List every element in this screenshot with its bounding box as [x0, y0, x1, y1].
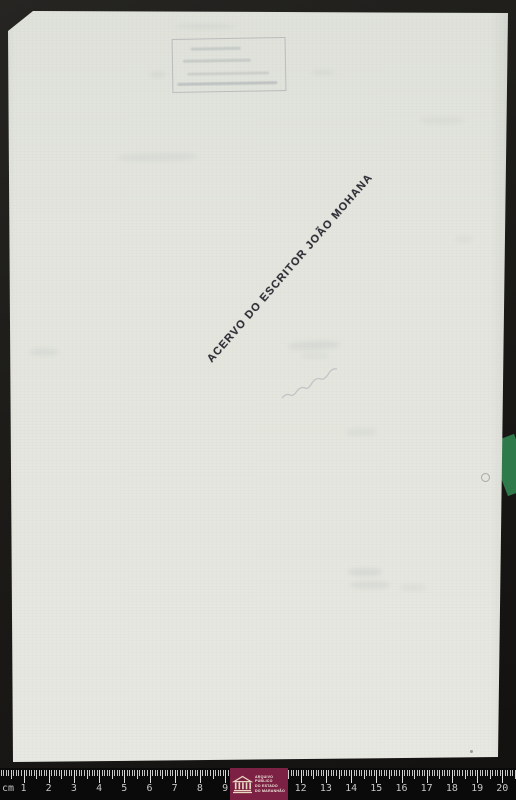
ruler-number: 17: [416, 783, 438, 794]
ruler-tick: [354, 770, 355, 776]
ruler-number: 19: [466, 783, 488, 794]
ruler-tick: [349, 770, 350, 776]
ruler-tick: [97, 770, 98, 776]
ruler-tick: [81, 770, 82, 776]
ruler-tick: [371, 770, 372, 776]
ruler-tick: [175, 770, 176, 783]
bleedthrough-smudge: [400, 584, 426, 591]
ruler-tick: [197, 770, 198, 776]
ruler: cm ARQUIVO PÚBLICO DO ESTADO DO MARANHÃO…: [0, 768, 516, 800]
bleedthrough-smudge: [350, 581, 390, 589]
ruler-number: 16: [391, 783, 413, 794]
ruler-tick: [139, 770, 140, 776]
archive-logo: ARQUIVO PÚBLICO DO ESTADO DO MARANHÃO: [230, 768, 288, 800]
ruler-tick: [29, 770, 30, 776]
ruler-tick: [369, 770, 370, 776]
scanned-document-photo: ACERVO DO ESCRITOR JOÃO MOHANA cm ARQUIV…: [0, 0, 516, 800]
pencil-annotation: [278, 362, 342, 404]
ruler-tick: [351, 770, 352, 783]
ruler-tick: [41, 770, 42, 776]
ruler-tick: [220, 770, 221, 776]
ruler-tick: [92, 770, 93, 776]
ruler-tick: [341, 770, 342, 776]
faint-dot-mark: [470, 750, 473, 753]
ruler-tick: [26, 770, 27, 776]
faint-stamp-text-line: [191, 47, 241, 51]
ruler-tick: [3, 770, 4, 776]
ruler-tick: [301, 770, 302, 783]
ruler-number: 12: [290, 783, 312, 794]
ruler-tick: [293, 770, 294, 776]
ruler-number: 5: [113, 783, 135, 794]
ruler-tick: [454, 770, 455, 776]
ruler-tick: [487, 770, 488, 776]
ruler-tick: [119, 770, 120, 776]
ruler-tick: [165, 770, 166, 776]
ruler-tick: [49, 770, 50, 783]
ruler-tick: [318, 770, 319, 776]
ruler-tick: [24, 770, 25, 783]
ruler-tick: [465, 770, 466, 779]
ruler-tick: [89, 770, 90, 776]
ruler-tick: [492, 770, 493, 776]
ruler-tick: [51, 770, 52, 776]
ruler-tick: [11, 770, 12, 779]
ruler-tick: [404, 770, 405, 776]
ruler-number: 14: [340, 783, 362, 794]
ruler-number: 1: [13, 783, 35, 794]
ruler-tick: [497, 770, 498, 776]
ruler-number: 2: [38, 783, 60, 794]
ruler-tick: [144, 770, 145, 776]
bleedthrough-smudge: [312, 70, 334, 75]
ruler-tick: [467, 770, 468, 776]
ruler-tick: [449, 770, 450, 776]
ruler-tick: [407, 770, 408, 776]
bleedthrough-smudge: [455, 236, 473, 242]
ruler-tick: [107, 770, 108, 776]
ruler-number: 18: [441, 783, 463, 794]
ruler-number: 4: [88, 783, 110, 794]
ruler-tick: [374, 770, 375, 776]
ruler-tick: [155, 770, 156, 776]
ruler-tick: [160, 770, 161, 776]
ruler-tick: [303, 770, 304, 776]
ruler-tick: [505, 770, 506, 776]
ruler-number: 7: [164, 783, 186, 794]
faint-stamp-box: [172, 37, 287, 93]
ruler-tick: [323, 770, 324, 776]
bleedthrough-smudge: [30, 348, 58, 356]
faint-stamp-text-line: [183, 59, 251, 63]
ruler-tick: [361, 770, 362, 776]
ruler-tick: [490, 770, 491, 779]
ruler-tick: [213, 770, 214, 779]
ruler-tick: [470, 770, 471, 776]
ruler-tick: [444, 770, 445, 776]
ruler-tick: [389, 770, 390, 779]
ruler-tick: [422, 770, 423, 776]
ruler-tick: [424, 770, 425, 776]
ruler-tick: [366, 770, 367, 776]
ruler-tick: [311, 770, 312, 776]
ruler-tick: [112, 770, 113, 779]
ruler-tick: [298, 770, 299, 776]
faint-ring-mark: [481, 473, 490, 482]
ruler-tick: [76, 770, 77, 776]
ruler-tick: [427, 770, 428, 783]
ruler-tick: [36, 770, 37, 779]
ruler-tick: [127, 770, 128, 776]
ruler-tick: [150, 770, 151, 783]
ruler-tick: [177, 770, 178, 776]
ruler-tick: [157, 770, 158, 776]
ruler-tick: [207, 770, 208, 776]
ruler-tick: [187, 770, 188, 779]
ruler-tick: [147, 770, 148, 776]
ruler-tick: [477, 770, 478, 783]
ruler-tick: [495, 770, 496, 776]
ruler-tick: [142, 770, 143, 776]
ruler-number: 13: [315, 783, 337, 794]
ruler-tick: [167, 770, 168, 776]
ruler-tick: [432, 770, 433, 776]
ruler-tick: [346, 770, 347, 776]
ruler-tick: [202, 770, 203, 776]
ruler-tick: [84, 770, 85, 776]
ruler-tick: [414, 770, 415, 779]
ruler-tick: [402, 770, 403, 783]
ruler-tick: [200, 770, 201, 783]
ruler-tick: [462, 770, 463, 776]
ruler-tick: [134, 770, 135, 776]
ruler-tick: [79, 770, 80, 776]
ruler-tick: [321, 770, 322, 776]
ruler-tick: [225, 770, 226, 783]
ruler-tick: [185, 770, 186, 776]
ruler-tick: [429, 770, 430, 776]
ruler-tick: [94, 770, 95, 776]
ruler-tick: [18, 770, 19, 776]
ruler-tick: [409, 770, 410, 776]
ruler-tick: [512, 770, 513, 776]
ruler-tick: [364, 770, 365, 779]
ruler-tick: [316, 770, 317, 776]
ruler-tick: [384, 770, 385, 776]
ruler-tick: [399, 770, 400, 776]
ruler-tick: [109, 770, 110, 776]
ruler-tick: [475, 770, 476, 776]
bleedthrough-smudge: [300, 353, 330, 359]
ruler-tick: [379, 770, 380, 776]
paper-sheet: ACERVO DO ESCRITOR JOÃO MOHANA: [0, 0, 516, 770]
ruler-tick: [87, 770, 88, 779]
ruler-tick: [190, 770, 191, 776]
ruler-tick: [386, 770, 387, 776]
ruler-tick: [223, 770, 224, 776]
ruler-tick: [8, 770, 9, 776]
ruler-tick: [510, 770, 511, 776]
faint-stamp-text-line: [187, 71, 269, 75]
ruler-tick: [129, 770, 130, 776]
ruler-tick: [356, 770, 357, 776]
ruler-number: 3: [63, 783, 85, 794]
faint-stamp-rule: [177, 81, 277, 86]
ruler-tick: [152, 770, 153, 776]
bleedthrough-smudge: [420, 117, 464, 124]
ruler-tick: [344, 770, 345, 776]
ruler-tick: [500, 770, 501, 776]
ruler-tick: [394, 770, 395, 776]
ruler-tick: [507, 770, 508, 776]
ruler-tick: [71, 770, 72, 776]
ruler-tick: [66, 770, 67, 776]
ruler-tick: [457, 770, 458, 776]
ruler-tick: [381, 770, 382, 776]
ruler-tick: [447, 770, 448, 776]
ruler-tick: [359, 770, 360, 776]
ruler-tick: [1, 770, 2, 776]
ruler-tick: [313, 770, 314, 779]
ruler-tick: [296, 770, 297, 776]
ruler-number: 6: [139, 783, 161, 794]
ruler-tick: [132, 770, 133, 776]
ruler-tick: [333, 770, 334, 776]
archive-logo-text: ARQUIVO PÚBLICO DO ESTADO DO MARANHÃO: [255, 775, 285, 793]
ruler-tick: [228, 770, 229, 776]
ruler-tick: [117, 770, 118, 776]
ruler-tick: [437, 770, 438, 776]
ruler-tick: [485, 770, 486, 776]
bleedthrough-smudge: [345, 427, 377, 436]
ruler-tick: [419, 770, 420, 776]
ruler-tick: [434, 770, 435, 776]
ruler-tick: [54, 770, 55, 776]
ruler-tick: [210, 770, 211, 776]
ruler-tick: [170, 770, 171, 776]
ruler-number: 20: [491, 783, 513, 794]
ruler-tick: [336, 770, 337, 776]
ruler-tick: [74, 770, 75, 783]
ruler-number: 15: [365, 783, 387, 794]
ruler-tick: [459, 770, 460, 776]
ruler-tick: [122, 770, 123, 776]
ruler-tick: [328, 770, 329, 776]
ruler-tick: [6, 770, 7, 776]
ruler-tick: [34, 770, 35, 776]
ruler-tick: [56, 770, 57, 776]
ruler-number: 8: [189, 783, 211, 794]
ruler-tick: [99, 770, 100, 783]
ruler-tick: [59, 770, 60, 776]
ruler-tick: [306, 770, 307, 776]
ruler-tick: [218, 770, 219, 776]
ruler-tick: [69, 770, 70, 776]
ruler-tick: [39, 770, 40, 776]
ruler-tick: [172, 770, 173, 776]
bleedthrough-smudge: [288, 340, 340, 351]
ruler-tick: [46, 770, 47, 776]
ruler-tick: [64, 770, 65, 776]
ruler-tick: [44, 770, 45, 776]
archive-logo-line: DO MARANHÃO: [255, 789, 285, 794]
ruler-tick: [326, 770, 327, 783]
bleedthrough-smudge: [150, 72, 166, 77]
ruler-tick: [195, 770, 196, 776]
ruler-tick: [291, 770, 292, 776]
ruler-tick: [205, 770, 206, 776]
ruler-tick: [61, 770, 62, 779]
bleedthrough-smudge: [348, 568, 382, 576]
bleedthrough-smudge: [175, 24, 235, 29]
ruler-tick: [288, 770, 289, 779]
ruler-tick: [480, 770, 481, 776]
ruler-tick: [21, 770, 22, 776]
ruler-tick: [31, 770, 32, 776]
ruler-tick: [331, 770, 332, 776]
ruler-tick: [102, 770, 103, 776]
ruler-tick: [502, 770, 503, 783]
ruler-tick: [339, 770, 340, 779]
bleedthrough-smudge: [118, 152, 198, 161]
ruler-tick: [192, 770, 193, 776]
building-icon: [232, 775, 253, 794]
ownership-stamp: ACERVO DO ESCRITOR JOÃO MOHANA: [205, 172, 375, 365]
ruler-tick: [472, 770, 473, 776]
ruler-tick: [137, 770, 138, 779]
ruler-tick: [162, 770, 163, 779]
ruler-tick: [114, 770, 115, 776]
ruler-tick: [452, 770, 453, 783]
ruler-tick: [417, 770, 418, 776]
ruler-tick: [396, 770, 397, 776]
ruler-tick: [215, 770, 216, 776]
ruler-tick: [391, 770, 392, 776]
ruler-tick: [482, 770, 483, 776]
ruler-tick: [376, 770, 377, 783]
ruler-tick: [180, 770, 181, 776]
ruler-tick: [104, 770, 105, 776]
ruler-tick: [442, 770, 443, 776]
ruler-tick: [124, 770, 125, 783]
ruler-tick: [16, 770, 17, 776]
ruler-tick: [182, 770, 183, 776]
ruler-tick: [308, 770, 309, 776]
ruler-tick: [412, 770, 413, 776]
ruler-tick: [439, 770, 440, 779]
ruler-tick: [13, 770, 14, 776]
